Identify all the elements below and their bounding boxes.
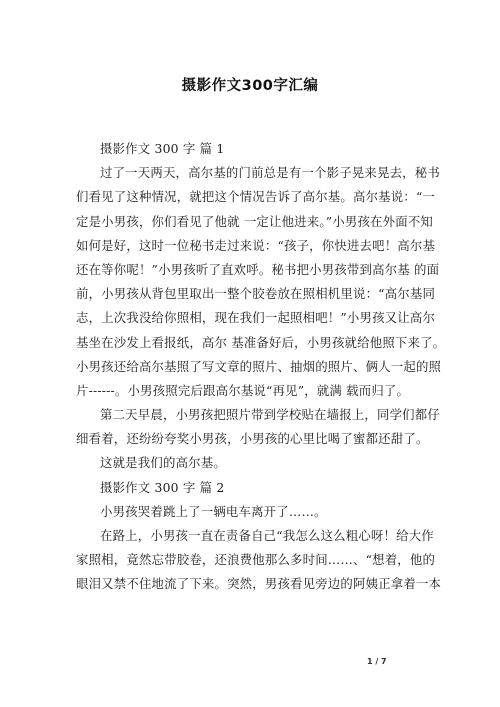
paragraph-line: 小男孩哭着跳上了一辆电车离开了……。 [76, 500, 428, 524]
paragraph-line: 基坐在沙发上看报纸，高尔 基准备好后，小男孩就给他照下来了。 [76, 331, 428, 355]
page-indicator: 1 / 7 [367, 657, 387, 666]
paragraph-line: 这就是我们的高尔基。 [76, 451, 428, 475]
document-title: 摄影作文300字汇编 [0, 74, 500, 95]
document-page: 摄影作文300字汇编 摄影作文 300 字 篇 1 过了一天两天，高尔基的门前总… [0, 0, 500, 707]
paragraph-line: 还在等你呢！”小男孩听了直欢呼。秘书把小男孩带到高尔基 的面 [76, 258, 428, 282]
paragraph-line: 过了一天两天，高尔基的门前总是有一个影子晃来晃去，秘书 [76, 161, 428, 185]
section-heading-1: 摄影作文 300 字 篇 1 [76, 137, 428, 161]
paragraph-line: 如何是好，这时一位秘书走过来说：“孩子，你快进去吧！高尔基 [76, 234, 428, 258]
paragraph-line: 家照相，竟然忘带胶卷，还浪费他那么多时间……、“想着，他的 [76, 548, 428, 572]
paragraph-line: 第二天早晨，小男孩把照片带到学校贴在墙报上，同学们都仔 [76, 403, 428, 427]
paragraph-line: 在路上，小男孩一直在责备自己“我怎么这么粗心呀！给大作 [76, 524, 428, 548]
paragraph-line: 们看见了这种情况，就把这个情况告诉了高尔基。高尔基说：“一 [76, 185, 428, 209]
document-body: 摄影作文 300 字 篇 1 过了一天两天，高尔基的门前总是有一个影子晃来晃去，… [76, 137, 428, 597]
paragraph-line: 志，上次我没给你照相，现在我们一起照相吧！”小男孩又让高尔 [76, 306, 428, 330]
section-heading-2: 摄影作文 300 字 篇 2 [76, 476, 428, 500]
paragraph-line: 眼泪又禁不住地流了下来。突然，男孩看见旁边的阿姨正拿着一本 [76, 572, 428, 596]
paragraph-line: 小男孩还给高尔基照了写文章的照片、抽烟的照片、俩人一起的照 [76, 355, 428, 379]
paragraph-line: 定是小男孩，你们看见了他就 一定让他进来。”小男孩在外面不知 [76, 210, 428, 234]
paragraph-line: 片------。小男孩照完后跟高尔基说“再见”，就满 载而归了。 [76, 379, 428, 403]
paragraph-line: 前，小男孩从背包里取出一整个胶卷放在照相机里说：“高尔基同 [76, 282, 428, 306]
paragraph-line: 细看着，还纷纷夸奖小男孩，小男孩的心里比喝了蜜都还甜了。 [76, 427, 428, 451]
